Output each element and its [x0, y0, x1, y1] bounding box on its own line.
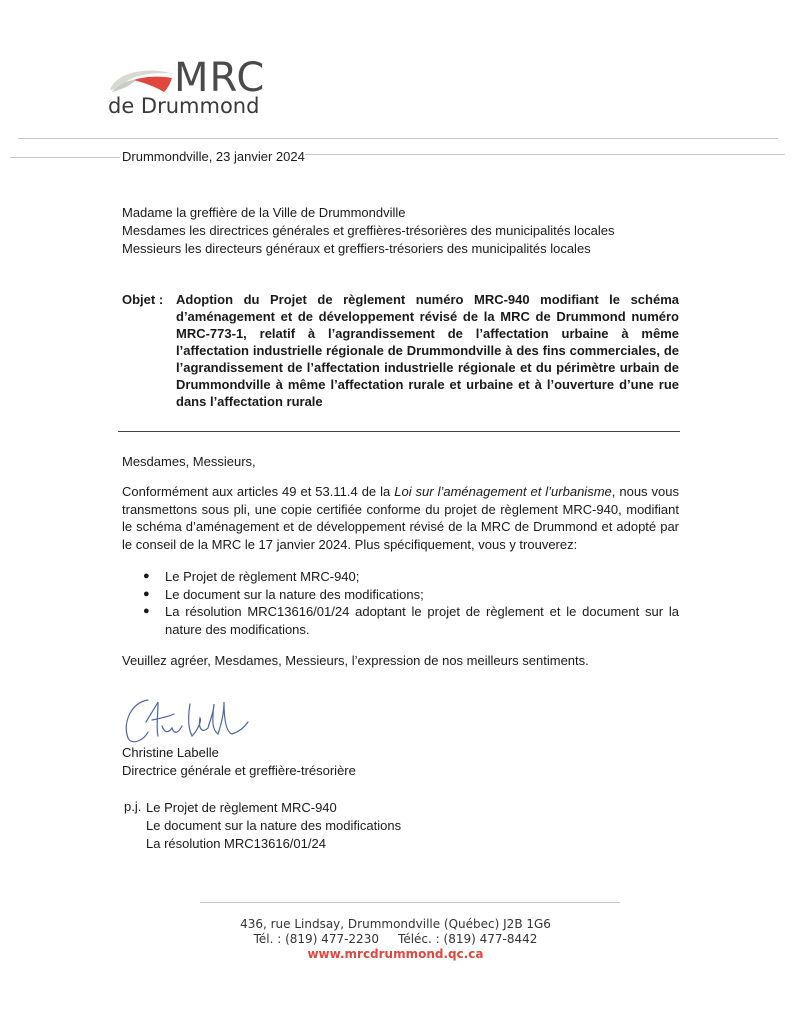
list-item: ●Le document sur la nature des modificat… — [143, 586, 679, 604]
footer: 436, rue Lindsay, Drummondville (Québec)… — [0, 917, 791, 962]
list-item-text: Le document sur la nature des modificati… — [165, 587, 424, 602]
body-paragraph: Conformément aux articles 49 et 53.11.4 … — [122, 483, 679, 553]
signer-name: Christine Labelle — [122, 745, 219, 762]
logo-subtitle: de Drummond — [108, 94, 259, 118]
enclosures-list: ●Le Projet de règlement MRC-940; ●Le doc… — [143, 568, 679, 638]
enclosure-item: Le document sur la nature des modificati… — [146, 817, 401, 835]
closing-sentence: Veuillez agréer, Mesdames, Messieurs, l’… — [122, 653, 589, 670]
list-item-text: Le Projet de règlement MRC-940; — [165, 569, 359, 584]
letter-date: Drummondville, 23 janvier 2024 — [122, 149, 305, 166]
enclosure-items: Le Projet de règlement MRC-940 Le docume… — [146, 799, 401, 853]
bullet-icon: ● — [143, 586, 150, 604]
list-item: ●La résolution MRC13616/01/24 adoptant l… — [143, 603, 679, 638]
mrc-logo: MRC de Drummond — [108, 58, 278, 118]
subject-label: Objet : — [122, 291, 163, 308]
bullet-icon: ● — [143, 568, 150, 586]
handwritten-signature-icon — [118, 692, 268, 747]
body-text-1: Conformément aux articles 49 et 53.11.4 … — [122, 484, 394, 499]
footer-phone: Tél. : (819) 477-2230 Téléc. : (819) 477… — [0, 932, 791, 947]
list-item: ●Le Projet de règlement MRC-940; — [143, 568, 679, 586]
recipient-line: Madame la greffière de la Ville de Drumm… — [122, 204, 615, 222]
footer-website-link[interactable]: www.mrcdrummond.qc.ca — [0, 947, 791, 962]
header-divider-3 — [305, 154, 785, 155]
law-title: Loi sur l’aménagement et l’urbanisme — [394, 484, 612, 499]
subject-divider — [118, 431, 680, 432]
recipients-block: Madame la greffière de la Ville de Drumm… — [122, 204, 615, 258]
header-divider — [18, 138, 778, 139]
enclosure-label: p.j. — [124, 799, 141, 816]
list-item-text: La résolution MRC13616/01/24 adoptant le… — [165, 604, 679, 637]
recipient-line: Messieurs les directeurs généraux et gre… — [122, 240, 615, 258]
subject-text: Adoption du Projet de règlement numéro M… — [176, 291, 679, 410]
footer-address: 436, rue Lindsay, Drummondville (Québec)… — [0, 917, 791, 932]
logo-swoosh-icon — [108, 64, 178, 98]
recipient-line: Mesdames les directrices générales et gr… — [122, 222, 615, 240]
enclosure-item: La résolution MRC13616/01/24 — [146, 835, 401, 853]
salutation: Mesdames, Messieurs, — [122, 454, 256, 471]
footer-divider — [200, 902, 620, 903]
bullet-icon: ● — [143, 603, 150, 621]
signer-title: Directrice générale et greffière-trésori… — [122, 763, 356, 780]
header-divider-2 — [10, 157, 120, 158]
enclosure-item: Le Projet de règlement MRC-940 — [146, 799, 401, 817]
